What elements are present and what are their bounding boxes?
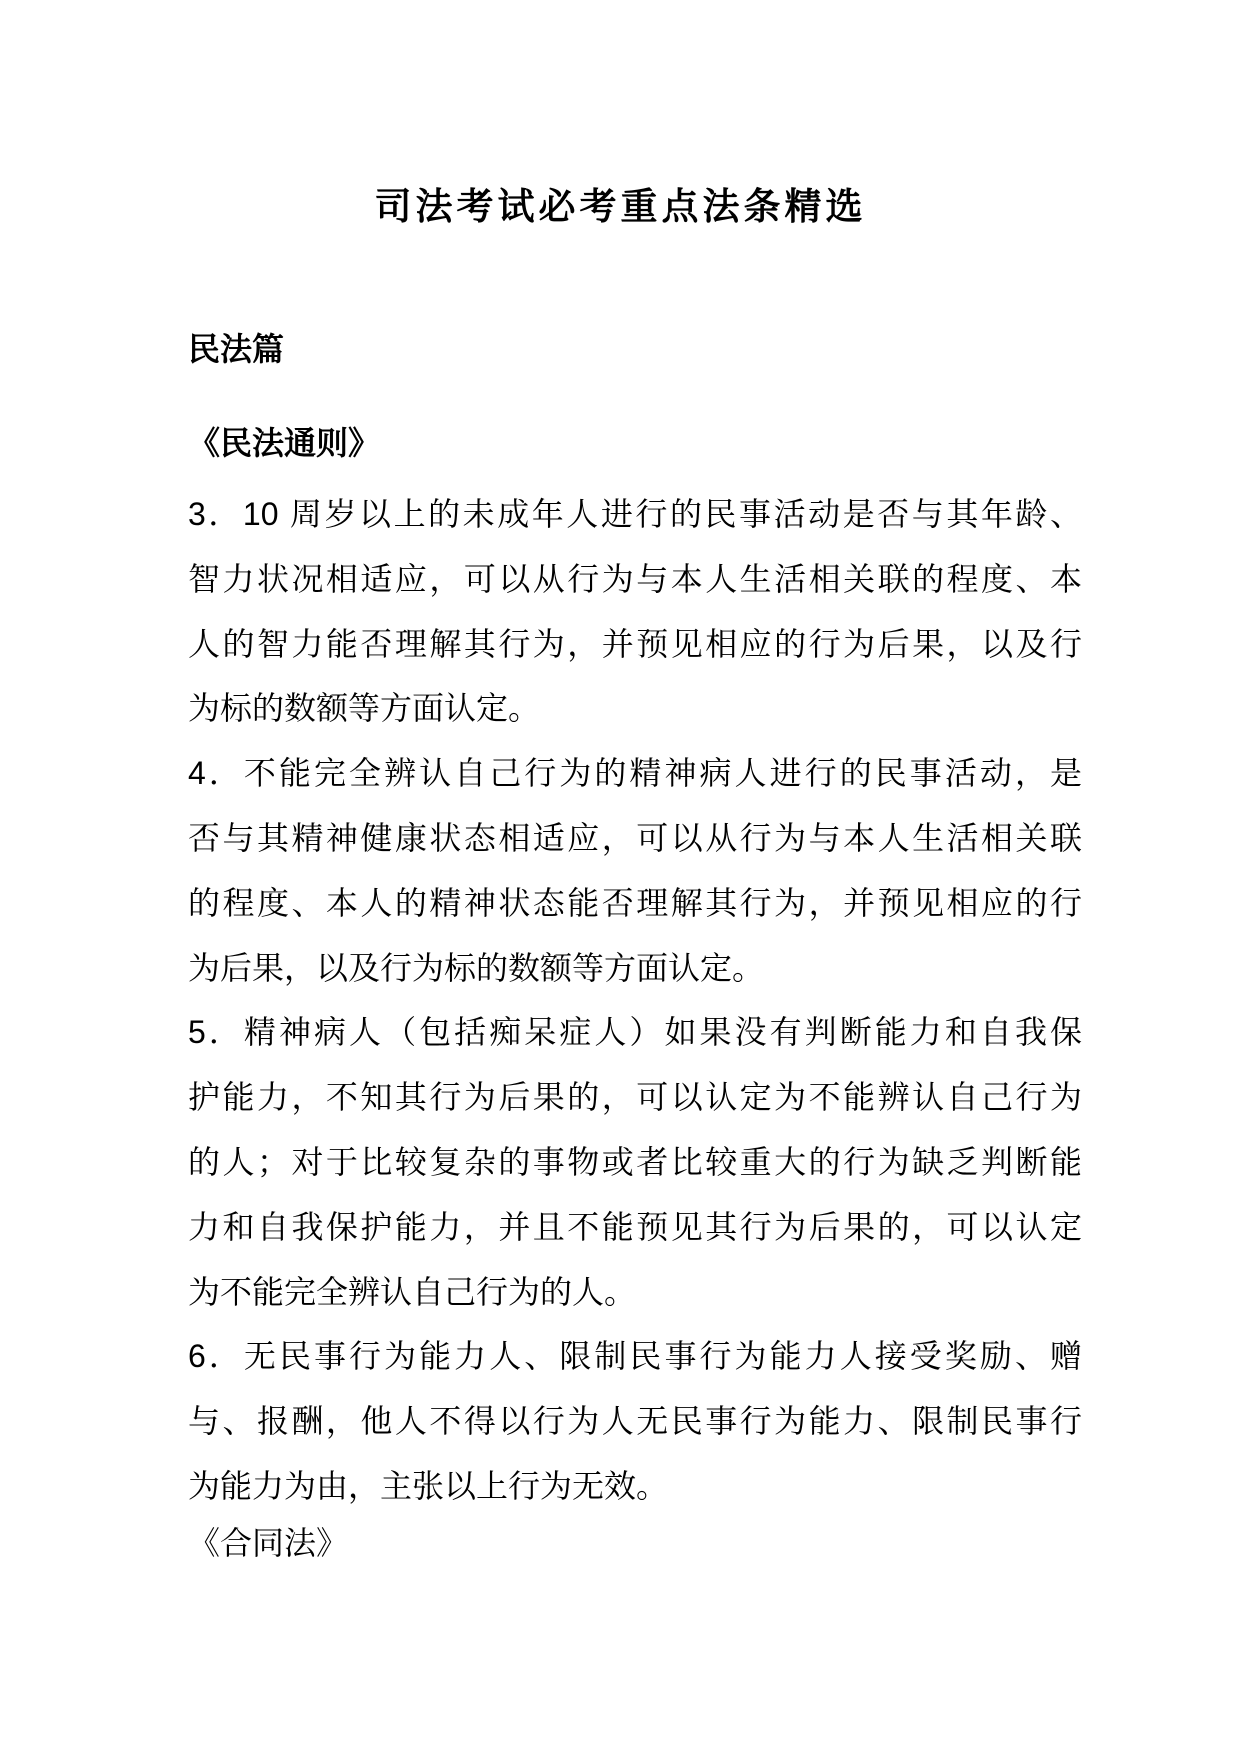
text-line: 智力状况相适应，可以从行为与本人生活相关联的程度、本 xyxy=(188,547,1082,612)
law-heading-contract-law: 《合同法》 xyxy=(188,1523,348,1563)
document-page: 司法考试必考重点法条精选 民法篇 《民法通则》 3．10 周岁以上的未成年人进行… xyxy=(0,0,1241,1754)
text-line: 与、报酬，他人不得以行为人无民事行为能力、限制民事行 xyxy=(188,1389,1082,1454)
text-line: 人的智力能否理解其行为，并预见相应的行为后果，以及行 xyxy=(188,612,1082,677)
text-line: 6．无民事行为能力人、限制民事行为能力人接受奖励、赠 xyxy=(188,1324,1082,1389)
document-title: 司法考试必考重点法条精选 xyxy=(0,186,1241,230)
text-line: 4．不能完全辨认自己行为的精神病人进行的民事活动，是 xyxy=(188,741,1082,806)
text-line: 的程度、本人的精神状态能否理解其行为，并预见相应的行 xyxy=(188,871,1082,936)
paragraph-item-6: 6．无民事行为能力人、限制民事行为能力人接受奖励、赠 与、报酬，他人不得以行为人… xyxy=(188,1324,1082,1518)
text-line: 为能力为由，主张以上行为无效。 xyxy=(188,1454,1082,1519)
text-line: 否与其精神健康状态相适应，可以从行为与本人生活相关联 xyxy=(188,806,1082,871)
law-heading-general-principles: 《民法通则》 xyxy=(188,423,380,463)
text-line: 为后果，以及行为标的数额等方面认定。 xyxy=(188,936,1082,1001)
paragraph-item-3: 3．10 周岁以上的未成年人进行的民事活动是否与其年龄、 智力状况相适应，可以从… xyxy=(188,482,1082,741)
text-line: 5．精神病人（包括痴呆症人）如果没有判断能力和自我保 xyxy=(188,1000,1082,1065)
paragraph-item-5: 5．精神病人（包括痴呆症人）如果没有判断能力和自我保 护能力，不知其行为后果的，… xyxy=(188,1000,1082,1324)
paragraph-item-4: 4．不能完全辨认自己行为的精神病人进行的民事活动，是 否与其精神健康状态相适应，… xyxy=(188,741,1082,1000)
text-line: 力和自我保护能力，并且不能预见其行为后果的，可以认定 xyxy=(188,1195,1082,1260)
body-text-block: 3．10 周岁以上的未成年人进行的民事活动是否与其年龄、 智力状况相适应，可以从… xyxy=(188,482,1082,1519)
text-line: 的人；对于比较复杂的事物或者比较重大的行为缺乏判断能 xyxy=(188,1130,1082,1195)
section-heading-civil-law: 民法篇 xyxy=(188,329,284,369)
text-line: 护能力，不知其行为后果的，可以认定为不能辨认自己行为 xyxy=(188,1065,1082,1130)
text-line: 为标的数额等方面认定。 xyxy=(188,676,1082,741)
text-line: 为不能完全辨认自己行为的人。 xyxy=(188,1260,1082,1325)
text-line: 3．10 周岁以上的未成年人进行的民事活动是否与其年龄、 xyxy=(188,482,1082,547)
